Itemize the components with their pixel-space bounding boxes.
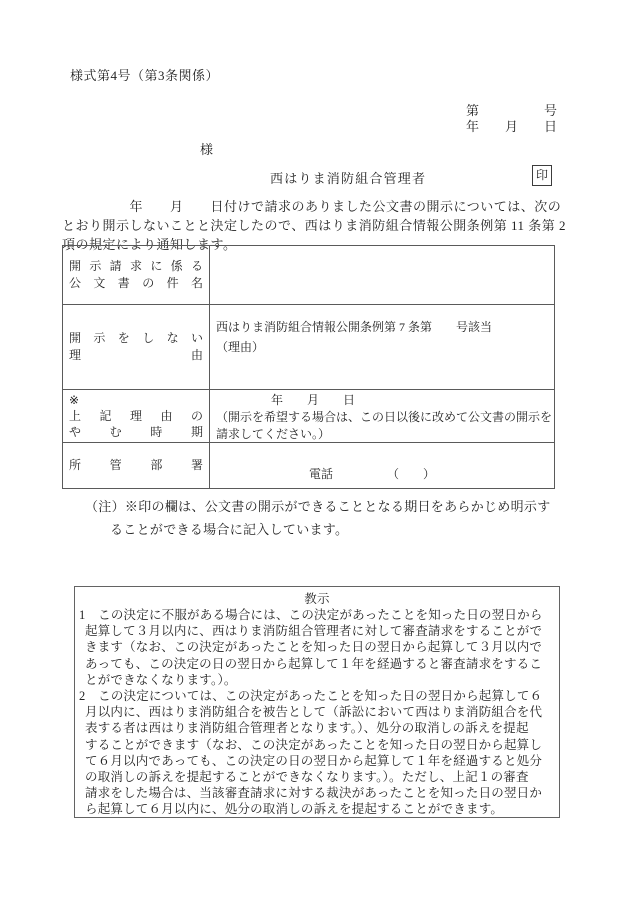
disclosure-decision-table: 開示請求に係る 公文書の件名 開示をしない 理由 西はりま消防組合情報公開条例第… bbox=[62, 245, 555, 489]
appeal-line: て６月以内であっても、この決定の日の翌日から起算して１年を経過すると処分 bbox=[75, 753, 559, 769]
row-period-value: 年 月 日 （開示を希望する場合は、この日以後に改めて公文書の開示を 請求してく… bbox=[209, 389, 554, 442]
appeal-line: あっても、この決定の日の翌日から起算して１年を経過すると審査請求をするこ bbox=[75, 656, 559, 672]
appeal-line: することができます（なお、この決定があったことを知った日の翌日から起算し bbox=[75, 737, 559, 753]
footnote: （注）※印の欄は、公文書の開示ができることとなる期日をあらかじめ明示す ることが… bbox=[85, 499, 551, 538]
appeal-line: ら起算して６月以内に、処分の取消しの訴えを提起することができます。 bbox=[75, 801, 559, 817]
appeal-line: 1 この決定に不服がある場合には、この決定があったことを知った日の翌日から bbox=[75, 607, 559, 623]
row-reason-label: 開示をしない 理由 bbox=[63, 304, 209, 389]
appeal-line: 請求をした場合は、当該審査請求に対する裁決があったことを知った日の翌日か bbox=[75, 785, 559, 801]
label-line: 開示をしない bbox=[69, 330, 203, 347]
row-document-title-value bbox=[209, 246, 554, 304]
value-line: 年 月 日 bbox=[216, 392, 548, 409]
value-line: （開示を希望する場合は、この日以後に改めて公文書の開示を bbox=[216, 409, 548, 426]
value-line: （理由） bbox=[216, 337, 548, 357]
label-line: 開示請求に係る bbox=[69, 258, 203, 275]
appeal-line: の取消しの訴えを提起することができなくなります。）。ただし、上記１の審査 bbox=[75, 769, 559, 785]
appeal-instructions-box: 教示 1 この決定に不服がある場合には、この決定があったことを知った日の翌日から… bbox=[74, 586, 560, 818]
footnote-line: ることができる場合に記入しています。 bbox=[85, 522, 551, 538]
paragraph-line: とおり開示しないことと決定したので、西はりま消防組合情報公開条例第 11 条第 … bbox=[62, 216, 562, 235]
row-department-label: 所管部署 bbox=[63, 442, 209, 488]
addressee-suffix: 様 bbox=[200, 139, 213, 158]
form-number-label: 様式第4号（第3条関係） bbox=[70, 65, 219, 84]
appeal-line: 2 この決定については、この決定があったことを知った日の翌日から起算して６ bbox=[75, 688, 559, 704]
appeal-line: 表する者は西はりま消防組合管理者となります。）、処分の取消しの訴えを提起 bbox=[75, 720, 559, 736]
label-line: ※ bbox=[69, 392, 203, 408]
row-document-title-label: 開示請求に係る 公文書の件名 bbox=[63, 246, 209, 304]
label-line: 所管部署 bbox=[69, 457, 203, 474]
footnote-line: （注）※印の欄は、公文書の開示ができることとなる期日をあらかじめ明示す bbox=[85, 499, 551, 515]
document-number-line: 第 号 bbox=[466, 103, 557, 119]
value-line: 西はりま消防組合情報公開条例第 7 条第 号該当 bbox=[216, 317, 548, 337]
appeal-instructions-title: 教示 bbox=[75, 591, 559, 607]
label-line: 上記理由の bbox=[69, 408, 203, 424]
appeal-item-1: 1 この決定に不服がある場合には、この決定があったことを知った日の翌日から 起算… bbox=[75, 607, 559, 688]
appeal-line: 月以内に、西はりま消防組合を被告として（訴訟において西はりま消防組合を代 bbox=[75, 704, 559, 720]
appeal-item-2: 2 この決定については、この決定があったことを知った日の翌日から起算して６ 月以… bbox=[75, 688, 559, 818]
sender-name: 西はりま消防組合管理者 bbox=[270, 168, 426, 187]
phone-line: 電話 （ ） bbox=[216, 466, 548, 483]
row-department-value: 電話 （ ） bbox=[209, 442, 554, 488]
label-line: 理由 bbox=[69, 347, 203, 364]
appeal-line: とができなくなります。）。 bbox=[75, 672, 559, 688]
seal-box: 印 bbox=[532, 165, 552, 186]
value-line: 請求してください。） bbox=[216, 426, 548, 442]
paragraph-line: 年 月 日付けで請求のありました公文書の開示については、次の bbox=[62, 197, 562, 216]
label-line: やむ時期 bbox=[69, 424, 203, 440]
row-reason-value: 西はりま消防組合情報公開条例第 7 条第 号該当 （理由） bbox=[209, 304, 554, 389]
document-date-line: 年 月 日 bbox=[466, 119, 557, 135]
label-line: 公文書の件名 bbox=[69, 275, 203, 292]
document-number-block: 第 号 年 月 日 bbox=[466, 103, 557, 135]
appeal-line: きます（なお、この決定があったことを知った日の翌日から起算して３月以内で bbox=[75, 639, 559, 655]
row-period-label: ※ 上記理由の やむ時期 bbox=[63, 389, 209, 442]
appeal-line: 起算して３月以内に、西はりま消防組合管理者に対して審査請求をすることがで bbox=[75, 623, 559, 639]
